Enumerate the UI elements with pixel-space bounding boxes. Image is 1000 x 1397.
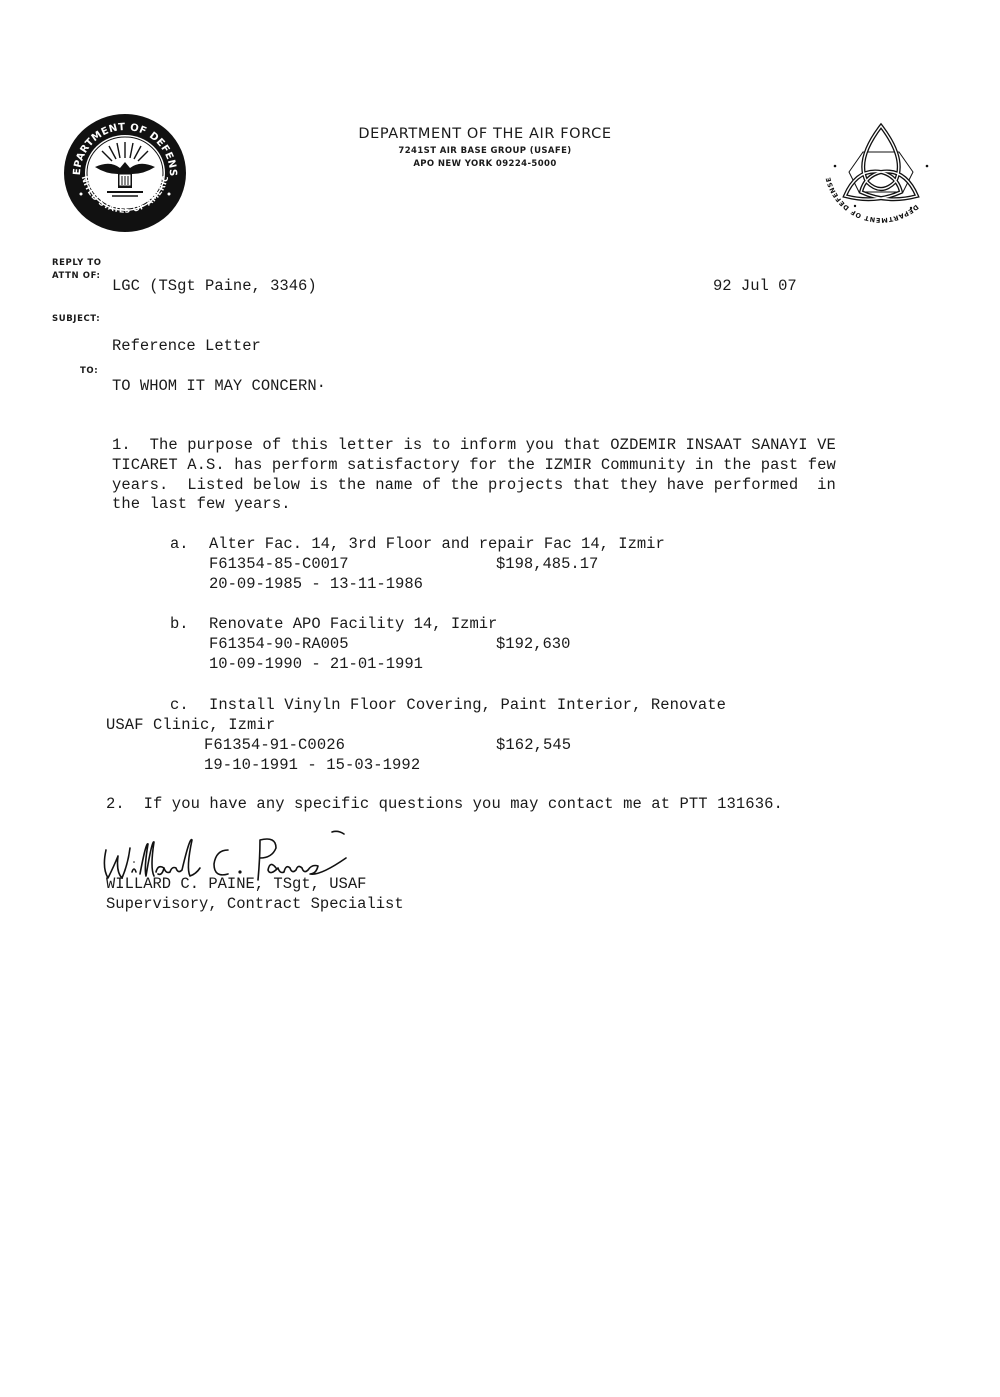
- reply-to-value: LGC (TSgt Paine, 3346): [112, 277, 317, 295]
- organization-name: DEPARTMENT OF THE AIR FORCE: [330, 126, 640, 142]
- project-amount: $192,630: [496, 635, 570, 653]
- attn-of-label: ATTN OF:: [52, 271, 101, 281]
- project-contract: F61354-85-C0017: [209, 555, 349, 573]
- paragraph-line: 1. The purpose of this letter is to info…: [112, 436, 836, 454]
- project-dates: 19-10-1991 - 15-03-1992: [204, 756, 420, 774]
- project-dates: 10-09-1990 - 21-01-1991: [209, 655, 423, 673]
- project-title: Renovate APO Facility 14, Izmir: [209, 615, 497, 633]
- signer-title: Supervisory, Contract Specialist: [106, 895, 404, 913]
- subject-label: SUBJECT:: [52, 314, 100, 324]
- project-letter: c.: [170, 696, 189, 714]
- paragraph-2: 2. If you have any specific questions yo…: [106, 795, 783, 813]
- project-title: Alter Fac. 14, 3rd Floor and repair Fac …: [209, 535, 665, 553]
- unit-name: 7241ST AIR BASE GROUP (USAFE): [330, 146, 640, 156]
- subject-value: Reference Letter: [112, 337, 261, 355]
- department-of-defense-seal-icon: DEPARTMENT OF DEFENSE UNITED STATES OF A…: [62, 112, 188, 234]
- project-letter: a.: [170, 535, 189, 553]
- project-amount: $198,485.17: [496, 555, 598, 573]
- to-value: TO WHOM IT MAY CONCERN·: [112, 377, 326, 395]
- project-contract: F61354-91-C0026: [204, 736, 345, 754]
- project-amount: $162,545: [496, 736, 571, 754]
- project-title-continued: USAF Clinic, Izmir: [106, 716, 275, 734]
- project-letter: b.: [170, 615, 189, 633]
- reply-to-label: REPLY TO: [52, 258, 102, 268]
- triquetra-seal-icon: DEPARTMENT OF DEFENSE: [815, 100, 947, 232]
- signer-name: WILLARD C. PAINE, TSgt, USAF: [106, 875, 366, 893]
- to-label: TO:: [80, 366, 98, 376]
- paragraph-line: the last few years.: [112, 495, 291, 513]
- project-dates: 20-09-1985 - 13-11-1986: [209, 575, 423, 593]
- paragraph-line: TICARET A.S. has perform satisfactory fo…: [112, 456, 836, 474]
- letter-date: 92 Jul 07: [713, 277, 797, 295]
- project-contract: F61354-90-RA005: [209, 635, 349, 653]
- project-title: Install Vinyln Floor Covering, Paint Int…: [209, 696, 726, 714]
- paragraph-line: years. Listed below is the name of the p…: [112, 476, 836, 494]
- unit-address: APO NEW YORK 09224-5000: [330, 159, 640, 169]
